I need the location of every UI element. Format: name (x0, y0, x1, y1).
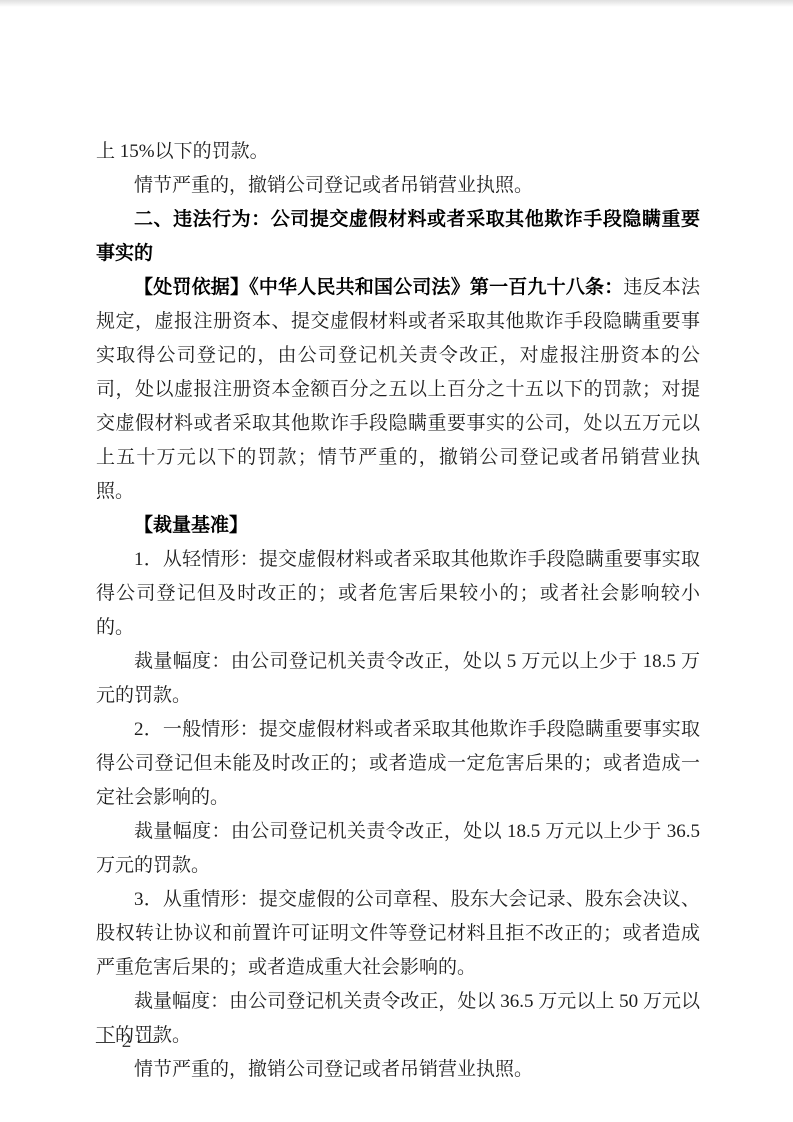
benchmark-heading: 【裁量基准】 (96, 509, 700, 543)
benchmark-item-1-range: 裁量幅度：由公司登记机关责令改正，处以 5 万元以上少于 18.5 万元的罚款。 (96, 645, 700, 713)
document-body: 上 15%以下的罚款。 情节严重的，撤销公司登记或者吊销营业执照。 二、违法行为… (96, 135, 700, 1087)
paragraph-penalty-basis: 【处罚依据】《中华人民共和国公司法》第一百九十八条：违反本法规定，虚报注册资本、… (96, 271, 700, 509)
benchmark-item-3-range: 裁量幅度：由公司登记机关责令改正，处以 36.5 万元以上 50 万元以下的罚款… (96, 985, 700, 1053)
paragraph-severe-clause-top: 情节严重的，撤销公司登记或者吊销营业执照。 (96, 169, 700, 203)
benchmark-item-3-scenario: 3．从重情形：提交虚假的公司章程、股东大会记录、股东会决议、股权转让协议和前置许… (96, 883, 700, 985)
section-heading: 二、违法行为：公司提交虚假材料或者采取其他欺诈手段隐瞒重要事实的 (96, 203, 700, 271)
penalty-basis-label: 【处罚依据】《中华人民共和国公司法》第一百九十八条： (134, 277, 623, 298)
page-number: — 2 — (96, 1025, 158, 1059)
benchmark-item-2-scenario: 2．一般情形：提交虚假材料或者采取其他欺诈手段隐瞒重要事实取得公司登记但未能及时… (96, 713, 700, 815)
document-page: 上 15%以下的罚款。 情节严重的，撤销公司登记或者吊销营业执照。 二、违法行为… (0, 0, 793, 1122)
benchmark-item-2-range: 裁量幅度：由公司登记机关责令改正，处以 18.5 万元以上少于 36.5 万元的… (96, 815, 700, 883)
benchmark-item-1-scenario: 1．从轻情形：提交虚假材料或者采取其他欺诈手段隐瞒重要事实取得公司登记但及时改正… (96, 543, 700, 645)
paragraph-severe-clause-bottom: 情节严重的，撤销公司登记或者吊销营业执照。 (96, 1053, 700, 1087)
penalty-basis-text: 违反本法规定，虚报注册资本、提交虚假材料或者采取其他欺诈手段隐瞒重要事实取得公司… (96, 277, 700, 502)
scan-edge-artifact (0, 0, 793, 7)
paragraph-fine-continuation: 上 15%以下的罚款。 (96, 135, 700, 169)
